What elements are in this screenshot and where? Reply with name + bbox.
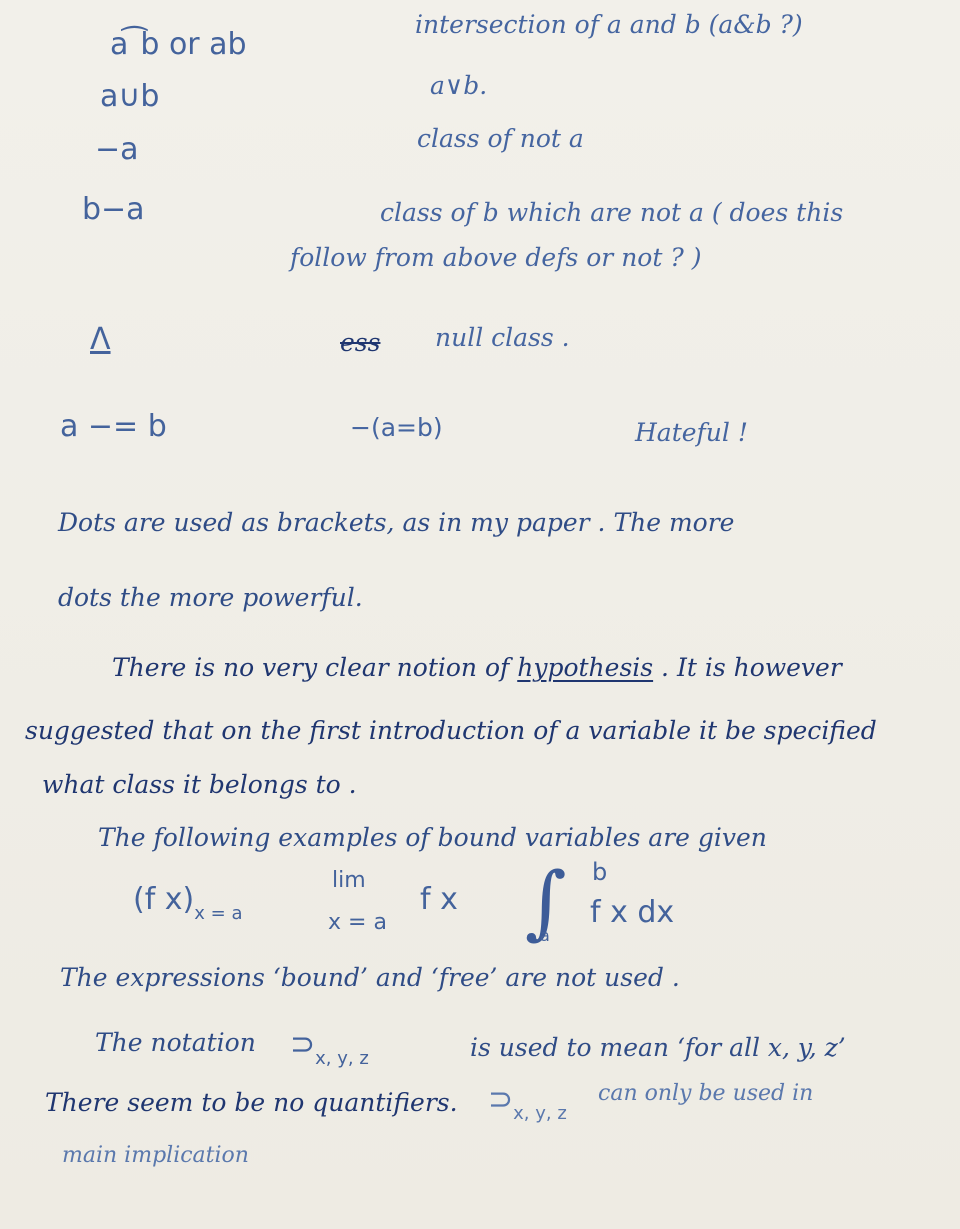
- meaning-null-class: null class .: [435, 325, 570, 350]
- manuscript-page: a ͡ b or ab intersection of a and b (a&b…: [0, 0, 960, 1229]
- hypothesis-line-1: There is no very clear notion of hypothe…: [112, 655, 842, 680]
- hypothesis-text-a: There is no very clear notion of: [112, 653, 517, 682]
- notation-text-b: is used to mean ‘for all x, y, z’: [470, 1035, 846, 1060]
- symbol-intersection: a ͡ b or ab: [110, 30, 247, 60]
- forall-symbol-2: ⊃: [488, 1082, 513, 1117]
- dots-line-2: dots the more powerful.: [58, 585, 363, 610]
- meaning-not-equal: −(a=b): [350, 415, 443, 440]
- formula-substitution-sub: x = a: [194, 903, 242, 924]
- dots-line-1: Dots are used as brackets, as in my pape…: [58, 510, 734, 535]
- formula-substitution-main: (f x): [133, 882, 194, 917]
- bound-free-sentence: The expressions ‘bound’ and ‘free’ are n…: [60, 965, 680, 990]
- hypothesis-line-2: suggested that on the first introduction…: [25, 718, 877, 743]
- formula-limit-top: lim: [332, 870, 366, 892]
- meaning-complement: class of not a: [417, 126, 584, 151]
- quantifiers-text-c: main implication: [62, 1145, 249, 1167]
- hypothesis-line-3: what class it belongs to .: [42, 772, 357, 797]
- quantifiers-text-b: can only be used in: [598, 1083, 813, 1105]
- notation-text-a: The notation: [95, 1030, 256, 1055]
- symbol-null-class: Λ: [90, 325, 111, 355]
- symbol-complement: −a: [95, 135, 139, 165]
- meaning-intersection: intersection of a and b (a&b ?): [415, 12, 803, 37]
- integral-lower: a: [540, 928, 550, 944]
- symbol-union: a∪b: [100, 82, 159, 112]
- formula-substitution: (f x)x = a: [133, 885, 242, 923]
- integral-upper: b: [592, 860, 607, 884]
- meaning-difference-line2: follow from above defs or not ? ): [290, 245, 701, 270]
- meaning-difference-line1: class of b which are not a ( does this: [380, 200, 843, 225]
- forall-notation: ⊃x, y, z: [290, 1030, 369, 1068]
- formula-limit-fn: f x: [420, 885, 458, 915]
- forall-sub-2: x, y, z: [513, 1103, 567, 1124]
- comment-hateful: Hateful !: [635, 420, 748, 445]
- forall-sub: x, y, z: [315, 1048, 369, 1069]
- formula-limit-bottom: x = a: [328, 912, 387, 934]
- quantifiers-text: There seem to be no quantifiers.: [45, 1090, 458, 1115]
- struck-word: ess: [340, 330, 380, 355]
- hypothesis-underlined: hypothesis: [517, 653, 653, 682]
- symbol-difference: b−a: [82, 195, 145, 225]
- symbol-not-equal: a −= b: [60, 412, 167, 442]
- hypothesis-text-b: . It is however: [653, 653, 842, 682]
- forall-notation-2: ⊃x, y, z: [488, 1085, 567, 1123]
- meaning-union: a∨b.: [430, 73, 487, 98]
- bound-intro: The following examples of bound variable…: [98, 825, 767, 850]
- integral-body: f x dx: [590, 898, 674, 928]
- forall-symbol: ⊃: [290, 1027, 315, 1062]
